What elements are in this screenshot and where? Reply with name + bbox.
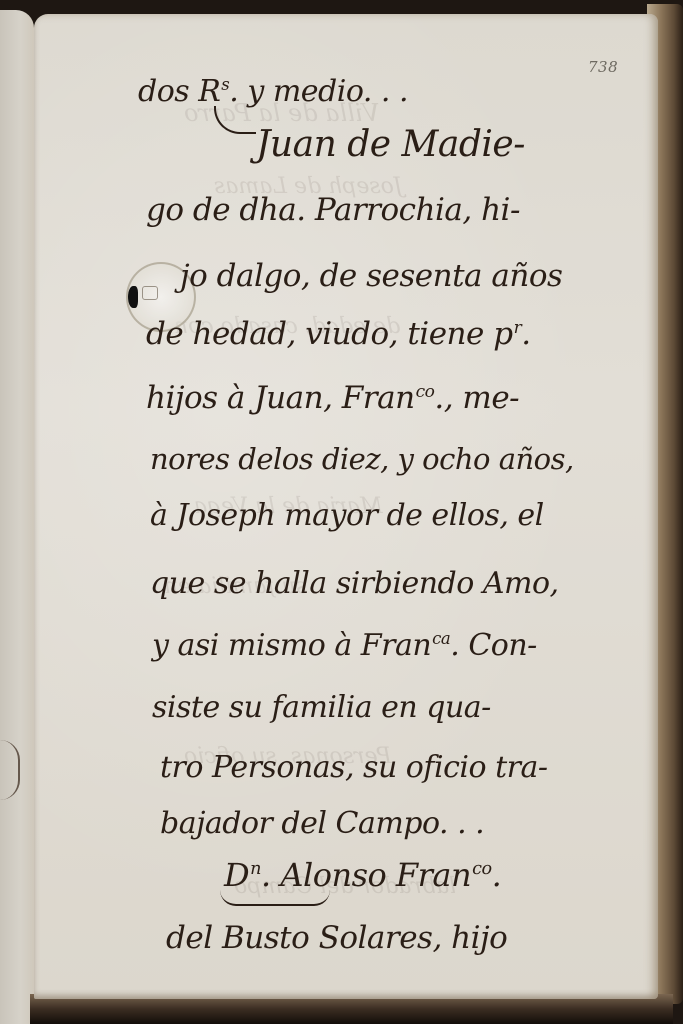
- manuscript-line: del Busto Solares, hijo: [166, 920, 507, 956]
- line-text: bajador del Campo. . .: [160, 806, 484, 841]
- manuscript-line: Juan de Madie-: [256, 124, 525, 165]
- superscript: ca: [432, 629, 450, 648]
- line-text: Juan de Madie-: [256, 124, 525, 165]
- seal-mark: [142, 286, 158, 300]
- line-text: de hedad, viudo, tiene p: [146, 316, 513, 352]
- manuscript-line: dos Rs. y medio. . .: [138, 74, 408, 109]
- manuscript-line: de hedad, viudo, tiene pr.: [146, 316, 531, 352]
- manuscript-line: nores delos diez, y ocho años,: [150, 442, 574, 476]
- flourish-stroke: [220, 890, 330, 906]
- manuscript-page: Villa de la Parro Joseph de Lamas de eda…: [34, 14, 658, 999]
- manuscript-line: tro Personas, su oficio tra-: [160, 750, 547, 785]
- seal-hole: [128, 286, 138, 308]
- manuscript-line: bajador del Campo. . .: [160, 806, 484, 841]
- manuscript-scene: Villa de la Parro Joseph de Lamas de eda…: [0, 0, 683, 1024]
- manuscript-line: hijos à Juan, Franco., me-: [146, 380, 519, 416]
- line-text: à Joseph mayor de ellos, el: [150, 498, 544, 533]
- line-text: hijos à Juan, Fran: [146, 380, 415, 416]
- line-text: siste su familia en qua-: [152, 690, 491, 725]
- line-text: tro Personas, su oficio tra-: [160, 750, 547, 785]
- manuscript-line: y asi mismo à Franca. Con-: [152, 628, 537, 663]
- line-text: que se halla sirbiendo Amo,: [150, 566, 559, 601]
- manuscript-line: à Joseph mayor de ellos, el: [150, 498, 544, 533]
- line-text: del Busto Solares, hijo: [166, 920, 507, 956]
- superscript: co: [472, 859, 491, 879]
- manuscript-line: go de dha. Parrochia, hi-: [146, 192, 520, 228]
- previous-page-edge: [0, 10, 34, 1024]
- line-text: . y medio. . .: [229, 74, 408, 109]
- line-text: .: [521, 316, 530, 352]
- manuscript-line: que se halla sirbiendo Amo,: [150, 566, 559, 601]
- superscript: co: [416, 382, 435, 402]
- line-text: nores delos diez, y ocho años,: [150, 442, 574, 476]
- line-text: . Alonso Fran: [261, 856, 471, 894]
- line-text: D: [224, 856, 249, 894]
- line-text: .: [492, 856, 502, 894]
- manuscript-line: Dn. Alonso Franco.: [224, 856, 501, 894]
- manuscript-line: siste su familia en qua-: [152, 690, 491, 725]
- superscript: n: [250, 859, 261, 879]
- flourish-stroke: [214, 106, 256, 134]
- folio-number: 738: [588, 58, 618, 76]
- line-text: dos R: [138, 74, 220, 109]
- line-text: go de dha. Parrochia, hi-: [146, 192, 520, 228]
- line-text: y asi mismo à Fran: [152, 628, 431, 663]
- line-text: ., me-: [434, 380, 519, 416]
- line-text: jo dalgo, de sesenta años: [180, 258, 562, 294]
- manuscript-line: jo dalgo, de sesenta años: [180, 258, 562, 294]
- line-text: . Con-: [450, 628, 537, 663]
